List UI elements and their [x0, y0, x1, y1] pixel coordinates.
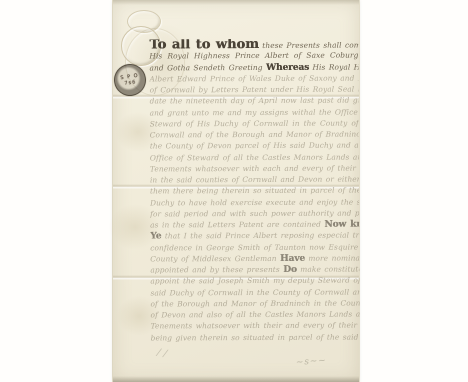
manuscript-line: as in the said Letters Patent are contai…	[150, 219, 359, 231]
script-text: of Devon and also of all the Castles Man…	[151, 309, 360, 319]
manuscript-line: in the said counties of Cornwall and Dev…	[150, 174, 359, 186]
manuscript-line: To all to whom these Presents shall come	[149, 39, 358, 51]
stamp-text-bottom: 7s6	[124, 79, 137, 87]
script-text: as in the said Letters Patent are contai…	[150, 220, 324, 230]
manuscript-line: date the nineteenth day of April now las…	[150, 95, 359, 107]
script-text: Albert Edward Prince of Wales Duke of Sa…	[149, 73, 358, 83]
script-text: County of Middlesex Gentleman	[150, 254, 280, 264]
script-text: more nominated and	[305, 253, 359, 262]
pencil-note: ~ s ~ ~	[296, 356, 325, 368]
manuscript-line: County of Middlesex Gentleman Have more …	[150, 252, 359, 264]
script-text: appoint the said Joseph Smith my deputy …	[150, 276, 359, 286]
script-text: Office of Steward of all the Castles Man…	[150, 152, 359, 162]
script-text: His Royal Highness	[309, 62, 358, 71]
manuscript-line: them there being therein so situated in …	[150, 185, 359, 197]
engrossed-word: Ye	[150, 232, 161, 242]
script-text: for said period and with such power auth…	[150, 208, 359, 218]
engrossed-word: To all to whom	[149, 39, 259, 51]
manuscript-line: Tenements whatsoever with each and every…	[150, 162, 359, 174]
manuscript-page: S P O 7s6 To all to whom these Presents …	[112, 0, 360, 382]
manuscript-line: and Gotha Sendeth Greeting Whereas His R…	[149, 61, 358, 73]
script-text: and grant unto me and my assigns withal …	[150, 107, 359, 117]
manuscript-line: Tenements whatsoever with their and ever…	[151, 320, 360, 332]
script-text: these Presents shall come	[259, 41, 359, 50]
script-text: being given therein so situated in parce…	[151, 332, 360, 342]
script-text: of Cornwall by Letters Patent under His …	[150, 84, 359, 94]
engrossed-word: Have	[280, 254, 305, 264]
engrossed-word: Whereas	[266, 62, 309, 72]
script-text: confidence in George Smith of Taunton no…	[150, 242, 359, 252]
script-text: them there being therein so situated in …	[150, 186, 359, 196]
script-text: that I the said Prince Albert reposing e…	[161, 231, 359, 241]
script-text: of the Borough and Manor of Bradninch in…	[150, 298, 359, 308]
manuscript-line: being given therein so situated in parce…	[151, 331, 360, 343]
engrossed-word: Do	[283, 265, 297, 275]
manuscript-line: appointed and by these presents Do make …	[150, 264, 359, 276]
script-text: and Gotha Sendeth Greeting	[149, 62, 266, 72]
script-text: Tenements whatsoever with their and ever…	[151, 321, 360, 331]
manuscript-line: for said period and with such power auth…	[150, 207, 359, 219]
manuscript-line: His Royal Highness Prince Albert of Saxe…	[149, 50, 358, 62]
script-text: Cornwall and of the Borough and Manor of…	[150, 129, 359, 139]
marginal-pencil-mark: / /	[156, 347, 168, 360]
script-text: make constitute and	[297, 264, 360, 273]
manuscript-line: and grant unto me and my assigns withal …	[150, 106, 359, 118]
script-text: Steward of His Duchy of Cornwall in the …	[150, 118, 359, 128]
manuscript-line: said Duchy of Cornwall in the County of …	[150, 286, 359, 298]
engrossed-word: Now know	[324, 219, 359, 229]
script-text: Duchy to have hold exercise execute and …	[150, 197, 359, 207]
manuscript-line: Cornwall and of the Borough and Manor of…	[150, 129, 359, 141]
manuscript-line: of Devon and also of all the Castles Man…	[151, 309, 360, 321]
script-text: in the said counties of Cornwall and Dev…	[150, 174, 359, 184]
manuscript-line: Office of Steward of all the Castles Man…	[150, 151, 359, 163]
manuscript-text-block: To all to whom these Presents shall come…	[149, 39, 359, 344]
script-text: His Royal Highness Prince Albert of Saxe…	[149, 51, 358, 61]
script-text: the County of Devon parcel of His said D…	[150, 141, 359, 151]
manuscript-line: of the Borough and Manor of Bradninch in…	[150, 297, 359, 309]
script-text: date the nineteenth day of April now las…	[150, 96, 359, 106]
script-text: Tenements whatsoever with each and every…	[150, 163, 359, 173]
manuscript-line: Ye that I the said Prince Albert reposin…	[150, 230, 359, 242]
manuscript-line: Duchy to have hold exercise execute and …	[150, 196, 359, 208]
manuscript-line: of Cornwall by Letters Patent under His …	[150, 84, 359, 96]
manuscript-line: Steward of His Duchy of Cornwall in the …	[150, 117, 359, 129]
manuscript-line: the County of Devon parcel of His said D…	[150, 140, 359, 152]
manuscript-line: Albert Edward Prince of Wales Duke of Sa…	[149, 72, 358, 84]
script-text: said Duchy of Cornwall in the County of …	[150, 287, 359, 297]
manuscript-line: appoint the said Joseph Smith my deputy …	[150, 275, 359, 287]
photo-canvas: S P O 7s6 To all to whom these Presents …	[0, 0, 468, 382]
script-text: appointed and by these presents	[150, 265, 283, 275]
manuscript-line: confidence in George Smith of Taunton no…	[150, 241, 359, 253]
